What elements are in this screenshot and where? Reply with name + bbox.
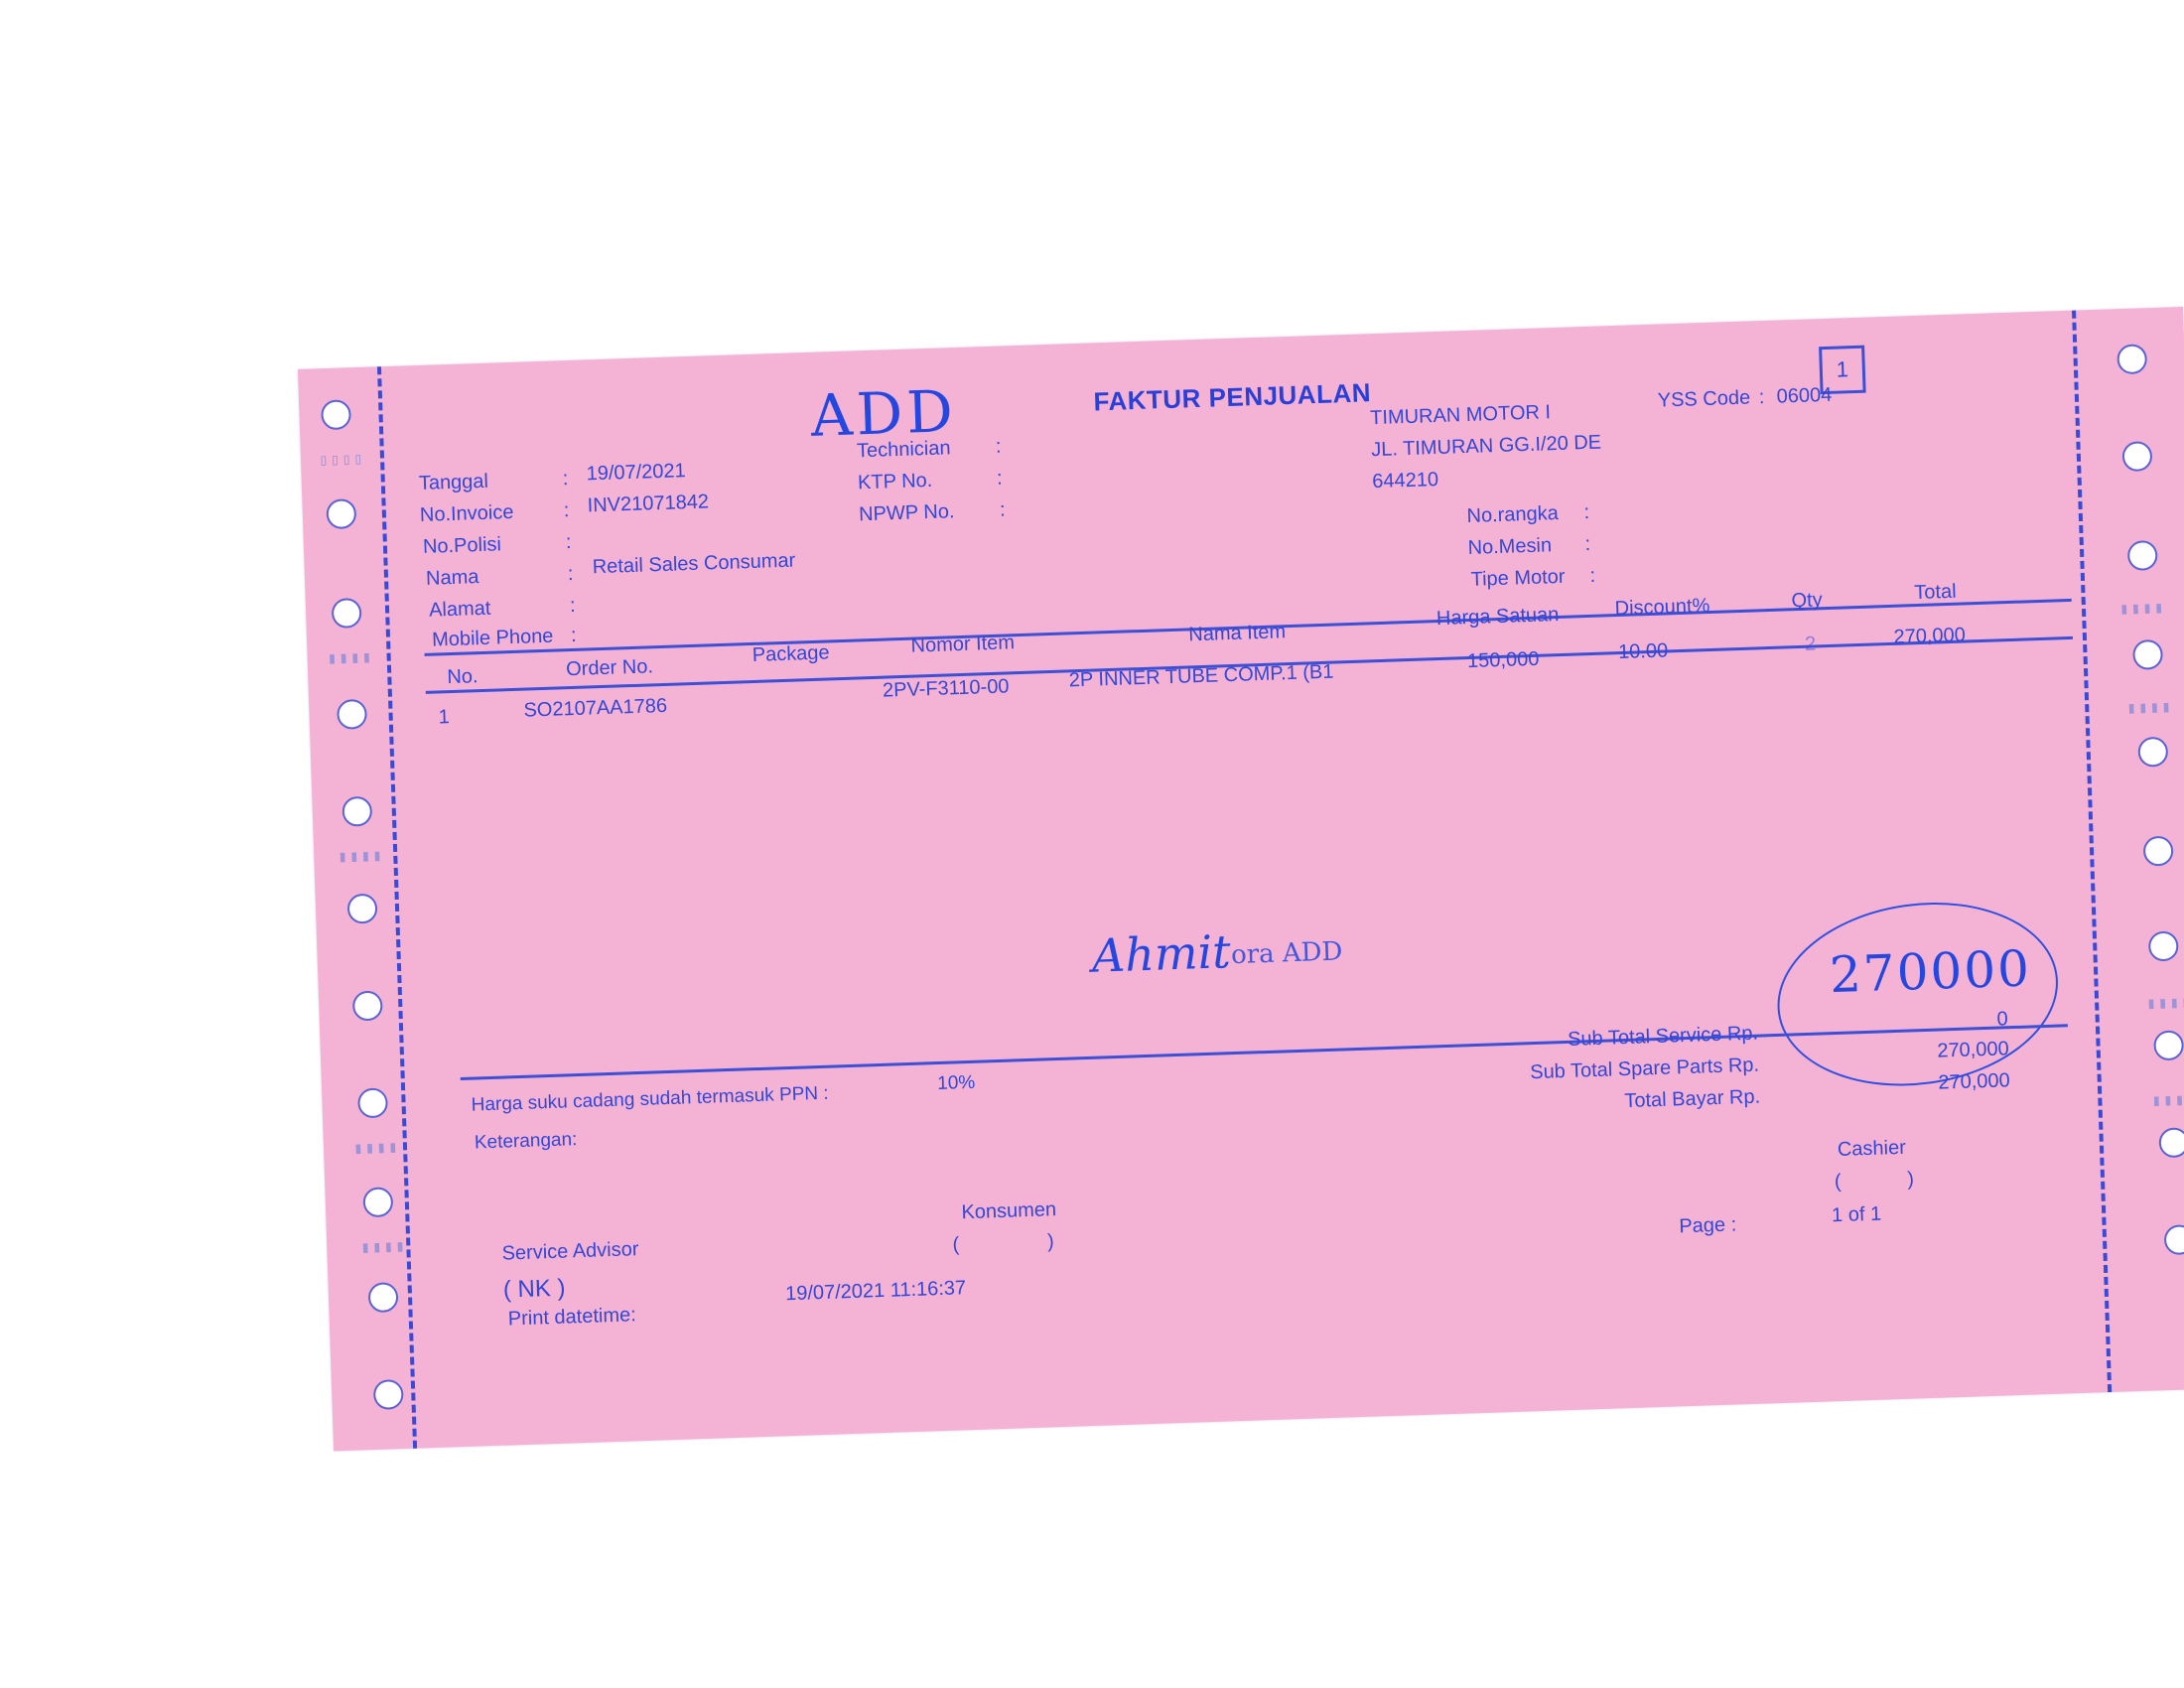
- field-colon: :: [1584, 533, 1590, 556]
- summary-value-spare-parts: 270,000: [1909, 1038, 2009, 1063]
- summary-value-total-bayar: 270,000: [1910, 1069, 2010, 1095]
- field-label-nama: Nama: [426, 566, 479, 591]
- dealer-address-line1: JL. TIMURAN GG.I/20 DE: [1371, 432, 1602, 463]
- table-header: No. Order No. Package Nomor Item Nama It…: [298, 307, 2183, 369]
- field-label-tanggal: Tanggal: [419, 471, 489, 495]
- tractor-hole: [2121, 441, 2152, 472]
- dealer-address-line2: 644210: [1372, 469, 1438, 493]
- field-colon: :: [997, 468, 1003, 491]
- cell-harga-satuan: 150,000: [1420, 648, 1540, 675]
- field-colon: :: [1000, 498, 1006, 521]
- customer-fields: Tanggal : 19/07/2021 No.Invoice : INV210…: [298, 307, 2183, 369]
- keterangan-label: Keterangan:: [475, 1129, 578, 1154]
- konsumen-label: Konsumen: [961, 1198, 1056, 1224]
- field-value-nama: Retail Sales Consumar: [592, 549, 795, 579]
- yss-code-value: 06004: [1776, 384, 1832, 409]
- col-header-total: Total: [1914, 581, 1957, 605]
- field-colon: :: [996, 436, 1002, 459]
- tractor-hole: [347, 894, 378, 924]
- strip-marking: ▮▮▮▮: [353, 1137, 400, 1158]
- left-tractor-holes: ▯▯▯▯ ▮▮▮▮ ▮▮▮▮ ▮▮▮▮ ▮▮▮▮: [298, 307, 2183, 369]
- tractor-hole: [2116, 344, 2147, 374]
- tractor-hole: [341, 796, 372, 827]
- tractor-hole: [321, 399, 351, 430]
- dealer-info: TIMURAN MOTOR I JL. TIMURAN GG.I/20 DE 6…: [298, 307, 2183, 369]
- cell-no: 1: [438, 706, 450, 729]
- tractor-hole: [2143, 836, 2174, 867]
- field-colon: :: [568, 563, 574, 586]
- col-header-order-no: Order No.: [566, 655, 654, 681]
- strip-marking: ▮▮▮▮: [2119, 598, 2166, 619]
- strip-marking: ▮▮▮▮: [2151, 1089, 2184, 1110]
- cashier-signature: ( ): [1835, 1168, 1915, 1194]
- right-tractor-holes: ▮▮▮▮ ▮▮▮▮ ▮▮▮▮ ▮▮▮▮: [298, 307, 2183, 369]
- col-header-harga-satuan: Harga Satuan: [1436, 604, 1560, 631]
- print-datetime-label: Print datetime:: [507, 1304, 636, 1331]
- tractor-hole: [2164, 1224, 2184, 1255]
- field-colon: :: [570, 595, 576, 618]
- tractor-hole: [2127, 540, 2158, 571]
- cashier-label: Cashier: [1838, 1137, 1907, 1162]
- document-title: FAKTUR PENJUALAN: [1093, 377, 1371, 417]
- field-label-tipe-motor: Tipe Motor: [1470, 566, 1566, 592]
- tractor-hole: [326, 498, 356, 529]
- strip-marking: ▮▮▮▮: [338, 845, 384, 866]
- vehicle-fields: No.rangka : No.Mesin : Tipe Motor :: [298, 307, 2183, 369]
- staff-fields: Technician : KTP No. : NPWP No. :: [298, 307, 2183, 369]
- service-advisor-label: Service Advisor: [501, 1238, 639, 1266]
- page-label: Page :: [1679, 1213, 1737, 1238]
- tractor-hole: [337, 699, 367, 730]
- field-colon: :: [563, 499, 569, 522]
- col-header-nomor-item: Nomor Item: [910, 632, 1015, 657]
- summary-label-spare-parts: Sub Total Spare Parts Rp.: [1422, 1055, 1760, 1088]
- field-label-alamat: Alamat: [429, 598, 491, 623]
- print-datetime-value: 19/07/2021 11:16:37: [785, 1277, 967, 1306]
- summary-value-service: 0: [1908, 1008, 2008, 1034]
- strip-marking: ▮▮▮▮: [2126, 697, 2173, 718]
- col-header-no: No.: [447, 665, 478, 689]
- field-colon: :: [562, 468, 568, 491]
- field-label-ktp: KTP No.: [858, 470, 933, 494]
- right-perforation-line: [2072, 311, 2112, 1393]
- handwritten-note-text: ora ADD: [1231, 936, 1343, 970]
- field-colon: :: [1583, 501, 1589, 524]
- copy-number: 1: [1836, 356, 1848, 382]
- tractor-hole: [2132, 639, 2163, 670]
- summary-label-service: Sub Total Service Rp.: [1480, 1023, 1759, 1055]
- handwritten-signature: Ahmit: [1091, 924, 1231, 983]
- field-label-mobile-phone: Mobile Phone: [432, 626, 554, 652]
- dealer-name: TIMURAN MOTOR I: [1370, 401, 1552, 430]
- tractor-hole: [2158, 1127, 2184, 1158]
- field-label-technician: Technician: [857, 437, 951, 463]
- invoice-paper: ▯▯▯▯ ▮▮▮▮ ▮▮▮▮ ▮▮▮▮ ▮▮▮▮ ▮▮▮▮ ▮▮▮▮ ▮▮▮▮ …: [298, 307, 2184, 1451]
- strip-marking: ▮▮▮▮: [360, 1236, 407, 1257]
- field-label-mesin: No.Mesin: [1467, 534, 1552, 560]
- col-header-package: Package: [751, 641, 830, 667]
- field-label-rangka: No.rangka: [1466, 502, 1559, 528]
- handwritten-circled-total: 270000: [1829, 939, 2032, 1004]
- strip-marking: ▮▮▮▮: [2146, 992, 2184, 1013]
- cell-qty: 2: [1805, 633, 1817, 655]
- field-colon: :: [566, 531, 572, 554]
- tractor-hole: [2137, 737, 2168, 768]
- strip-marking: ▯▯▯▯: [319, 449, 365, 470]
- tractor-hole: [357, 1087, 388, 1118]
- field-label-invoice: No.Invoice: [420, 501, 514, 527]
- col-header-discount: Discount%: [1614, 595, 1709, 621]
- summary-block: Sub Total Service Rp. 0 Sub Total Spare …: [298, 307, 2183, 369]
- field-colon: :: [571, 625, 577, 647]
- summary-label-total-bayar: Total Bayar Rp.: [1482, 1086, 1761, 1118]
- ppn-note: Harga suku cadang sudah termasuk PPN :: [471, 1083, 829, 1117]
- tractor-hole: [368, 1282, 399, 1313]
- yss-code-colon: :: [1758, 386, 1764, 409]
- tractor-hole: [352, 991, 383, 1022]
- cell-discount: 10.00: [1588, 639, 1669, 665]
- tractor-hole: [2148, 931, 2179, 962]
- yss-code-label: YSS Code: [1657, 387, 1750, 413]
- field-value-tanggal: 19/07/2021: [586, 460, 686, 486]
- field-value-invoice: INV21071842: [587, 491, 709, 517]
- col-header-nama-item: Nama Item: [1188, 621, 1287, 646]
- ppn-value: 10%: [937, 1072, 976, 1095]
- page-value: 1 of 1: [1832, 1203, 1882, 1228]
- service-advisor-signature: ( NK ): [502, 1275, 566, 1305]
- cell-order-no: SO2107AA1786: [523, 695, 667, 723]
- table-row: 1 SO2107AA1786 2PV-F3110-00 2P INNER TUB…: [298, 307, 2183, 369]
- field-colon: :: [1589, 565, 1595, 588]
- tractor-hole: [332, 598, 362, 629]
- cell-nama-item: 2P INNER TUBE COMP.1 (B1: [1068, 661, 1333, 693]
- tractor-hole: [373, 1379, 404, 1410]
- konsumen-signature: ( ): [952, 1230, 1054, 1256]
- field-label-npwp: NPWP No.: [859, 500, 955, 526]
- col-header-qty: Qty: [1791, 589, 1823, 613]
- tractor-hole: [2153, 1030, 2184, 1060]
- field-label-polisi: No.Polisi: [423, 533, 502, 559]
- tractor-hole: [362, 1187, 393, 1217]
- cell-total: 270,000: [1861, 624, 1966, 649]
- cell-nomor-item: 2PV-F3110-00: [883, 675, 1010, 702]
- strip-marking: ▮▮▮▮: [327, 647, 373, 668]
